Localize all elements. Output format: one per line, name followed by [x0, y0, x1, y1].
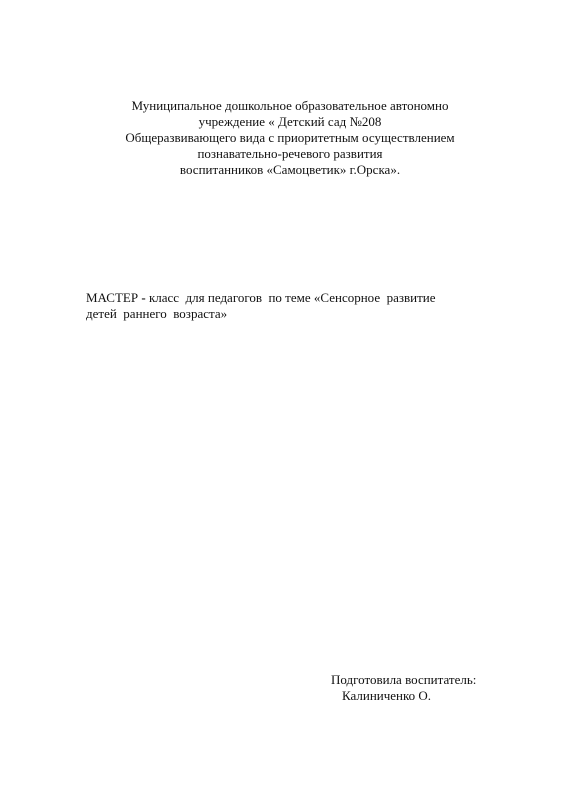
header-line-1: Муниципальное дошкольное образовательное…: [90, 98, 490, 114]
header-line-2: учреждение « Детский сад №208: [90, 114, 490, 130]
signature-name: Калиниченко О.: [331, 688, 531, 704]
title-line-1: МАСТЕР - класс для педагогов по теме «Се…: [86, 290, 486, 306]
header-line-4: познавательно-речевого развития: [90, 146, 490, 162]
title-line-1-rest: класс для педагогов по теме «Сенсорное р…: [149, 290, 436, 305]
signature-role: Подготовила воспитатель:: [331, 672, 531, 688]
document-page: Муниципальное дошкольное образовательное…: [0, 0, 566, 800]
title-prefix: МАСТЕР: [86, 290, 138, 305]
header-line-5: воспитанников «Самоцветик» г.Орска».: [90, 162, 490, 178]
title-line-2: детей раннего возраста»: [86, 306, 486, 322]
signature: Подготовила воспитатель: Калиниченко О.: [331, 672, 531, 704]
institution-header: Муниципальное дошкольное образовательное…: [90, 98, 490, 178]
header-line-3: Общеразвивающего вида с приоритетным осу…: [90, 130, 490, 146]
title-dash: -: [138, 290, 149, 305]
master-class-title: МАСТЕР - класс для педагогов по теме «Се…: [86, 290, 486, 322]
